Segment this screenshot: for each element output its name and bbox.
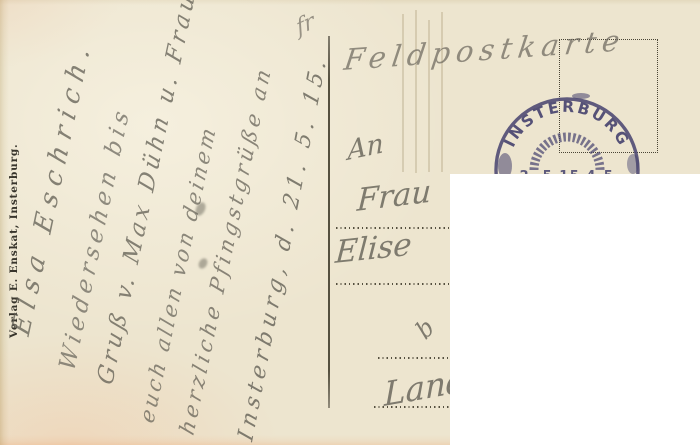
- postcard-scan: Verlag E. Enskat, Insterburg. Insterburg…: [0, 0, 700, 445]
- postmark-town-arc: INSTERBURG: [501, 98, 634, 150]
- handwriting-address-line: An: [347, 128, 384, 167]
- postmark-ink-blotch-right: [627, 154, 639, 174]
- pencil-smudge: [197, 257, 209, 271]
- postmark-ornament-arc: [534, 137, 600, 170]
- handwriting-address-line: Frau: [356, 174, 432, 219]
- postmark-ink-blotch-top: [572, 93, 590, 99]
- handwriting-address-line: b: [411, 313, 440, 345]
- address-dotted-line-2: [336, 283, 450, 285]
- center-divider-line: [328, 36, 330, 408]
- handwriting-flourish: fr: [294, 9, 317, 42]
- paper-crease-streak: [415, 10, 417, 173]
- handwriting-address-line: Elise: [334, 228, 413, 272]
- blank-white-overlay: [450, 174, 700, 445]
- address-dotted-line-3: [378, 357, 450, 359]
- postmark-stamp: INSTERBURG 2. 5 15 4-5: [485, 88, 655, 180]
